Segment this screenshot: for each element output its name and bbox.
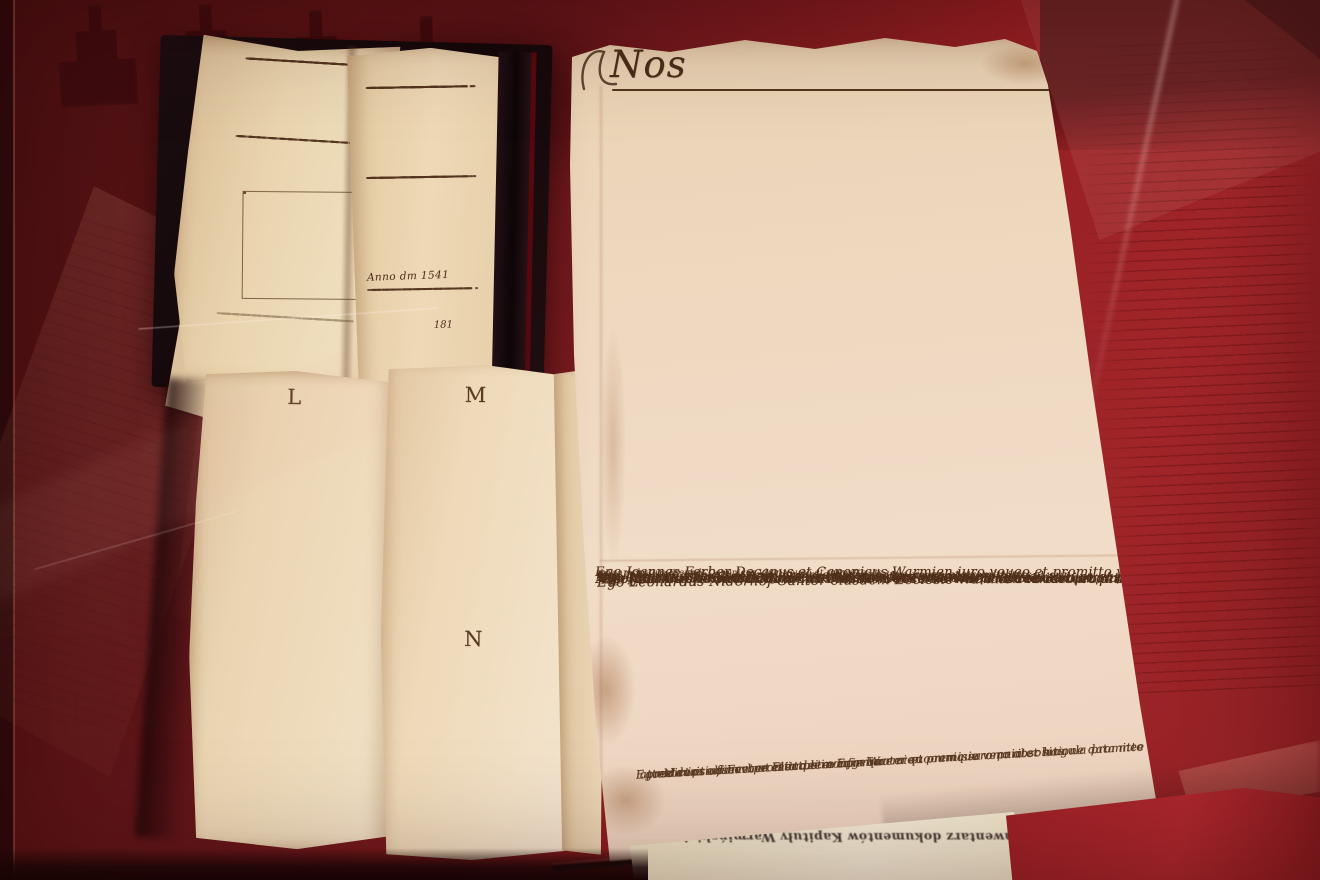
book-board-edge (491, 52, 536, 405)
index-entries-n (405, 656, 551, 657)
dense-handwriting-body (610, 89, 1142, 567)
book-right-page: Anno dm 1541 181 (347, 47, 505, 398)
bottom-frame-shadow (0, 848, 648, 880)
handwriting-paragraph (365, 175, 481, 177)
stain (576, 635, 636, 745)
fold-crease (600, 85, 602, 855)
index-entries-m (409, 414, 551, 415)
museum-display-photo: Anno dm 1541 181 L M N (0, 0, 1320, 880)
closing-line: me deus adiuvet et ista dei evangelia (653, 749, 947, 782)
handwriting-paragraph (366, 85, 478, 87)
section-letter-n: N (381, 626, 567, 652)
oath-document: Nos Ego Joannes Ferber Decanus et Canoni… (540, 25, 1190, 873)
handwriting-paragraph (367, 287, 485, 289)
page-number: 181 (434, 320, 453, 331)
opening-word-nos: Nos (610, 43, 687, 86)
stain (980, 43, 1070, 85)
anno-1541-heading: Anno dm 1541 (367, 269, 450, 284)
closing-oath-paragraph: Ego Mauritius Ferber Electus in Epm Warm… (635, 739, 1124, 766)
open-manuscript-book: Anno dm 1541 181 (150, 28, 580, 403)
signature-line: Ego Achatius Freundt Canonicus idem voue… (605, 568, 883, 578)
parchment-sheet: Nos Ego Joannes Ferber Decanus et Canoni… (540, 25, 1190, 873)
